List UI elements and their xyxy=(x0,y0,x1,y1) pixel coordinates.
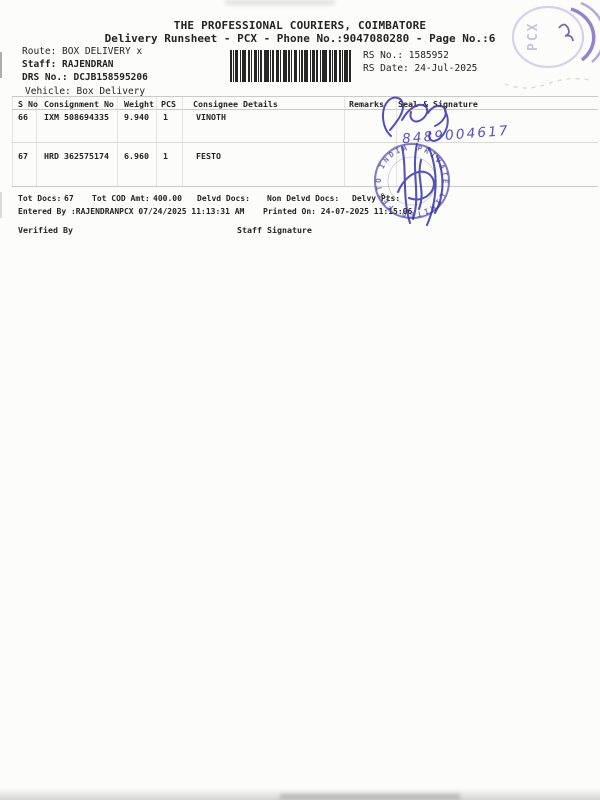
cell-weight: 9.940 xyxy=(124,112,149,122)
col-header-remarks: Remarks xyxy=(349,99,384,109)
col-header-weight: Weight xyxy=(124,99,154,109)
scan-smudge xyxy=(225,0,335,5)
rs-date-line: RS Date: 24-Jul-2025 xyxy=(363,63,477,74)
col-header-seal-signature: Seal & Signature xyxy=(398,99,478,109)
table-rule-vertical xyxy=(12,96,13,186)
table-rule-vertical xyxy=(182,96,183,186)
route-line: Route: BOX DELIVERY x xyxy=(22,46,142,57)
col-header-consignee-details: Consignee Details xyxy=(193,99,278,109)
col-header-consignment-no: Consignment No xyxy=(44,99,114,109)
table-rule-top xyxy=(12,96,598,97)
cell-pcs: 1 xyxy=(163,151,168,161)
scan-edge-artifact xyxy=(0,192,2,218)
table-rule-bottom xyxy=(12,186,598,187)
document-subtitle: Delivery Runsheet - PCX - Phone No.:9047… xyxy=(0,32,600,45)
entered-by-line: Entered By :RAJENDRANPCX 07/24/2025 11:1… xyxy=(18,207,244,216)
non-delvd-docs-label: Non Delvd Docs: xyxy=(267,194,339,203)
scanned-runsheet-page: THE PROFESSIONAL COURIERS, COIMBATORE De… xyxy=(0,0,600,800)
col-header-s-no: S No xyxy=(18,99,38,109)
table-rule-header xyxy=(12,109,598,110)
cell-consignment-no: HRD 362575174 xyxy=(44,151,109,161)
document-title: THE PROFESSIONAL COURIERS, COIMBATORE xyxy=(0,19,600,32)
table-rule-vertical xyxy=(344,96,345,186)
tot-docs-label: Tot Docs: xyxy=(18,194,61,203)
corner-rubber-stamp: PCX xyxy=(495,0,600,105)
table-rule-vertical xyxy=(117,96,118,186)
cell-weight: 6.960 xyxy=(124,151,149,161)
tot-cod-label: Tot COD Amt: xyxy=(92,194,150,203)
table-rule-vertical xyxy=(36,96,37,186)
table-rule-row xyxy=(12,142,598,143)
tot-cod-value: 400.00 xyxy=(153,194,182,203)
cell-consignee: FESTO xyxy=(196,151,221,161)
scan-edge-artifact xyxy=(0,52,2,78)
handwritten-phone-number: 8489004617 xyxy=(402,123,511,147)
printed-on-line: Printed On: 24-07-2025 11:15:06 xyxy=(263,207,412,216)
verified-by-label: Verified By xyxy=(18,225,73,235)
staff-line: Staff: RAJENDRAN xyxy=(22,59,114,70)
scan-bottom-smudge xyxy=(280,794,460,799)
cell-s-no: 67 xyxy=(18,151,28,161)
table-rule-vertical xyxy=(156,96,157,186)
cell-s-no: 66 xyxy=(18,112,28,122)
drs-no-line: DRS No.: DCJB158595206 xyxy=(22,72,148,83)
tot-docs-value: 67 xyxy=(64,194,74,203)
col-header-pcs: PCS xyxy=(161,99,176,109)
delvd-docs-label: Delvd Docs: xyxy=(197,194,250,203)
table-rule-vertical xyxy=(396,96,397,186)
cell-consignee: VINOTH xyxy=(196,112,226,122)
cell-consignment-no: IXM 508694335 xyxy=(44,112,109,122)
delvy-pts-label: Delvy Pts: xyxy=(352,194,400,203)
staff-signature-label: Staff Signature xyxy=(237,225,312,235)
cell-pcs: 1 xyxy=(163,112,168,122)
rs-no-line: RS No.: 1585952 xyxy=(363,50,449,61)
barcode-image xyxy=(230,50,353,82)
